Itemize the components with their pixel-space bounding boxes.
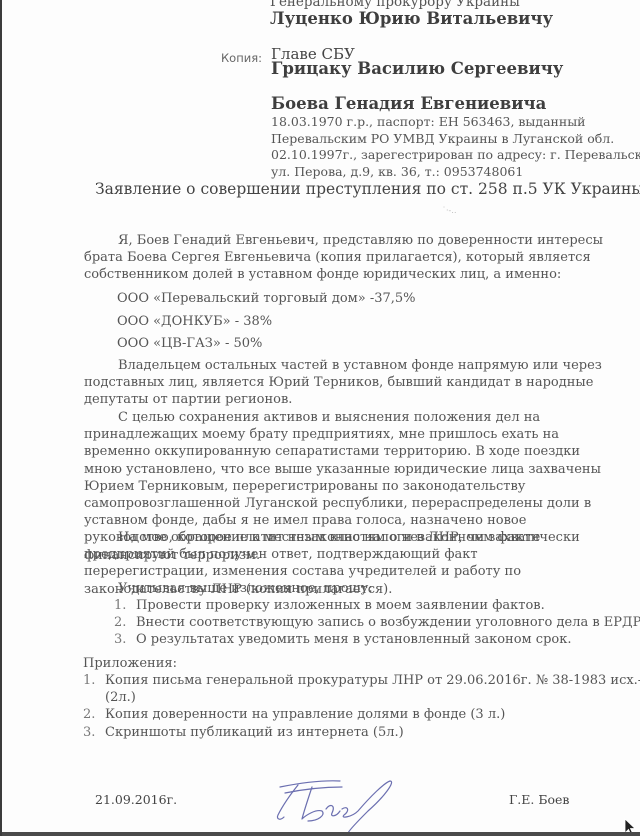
request-item: 1.Провести проверку изложенных в моем за… <box>114 597 640 614</box>
copy-label: Копия: <box>221 51 262 65</box>
bottom-border <box>2 832 640 836</box>
document-date: 21.09.2016г. <box>95 792 177 807</box>
company-item: ООО «ДОНКУБ» - 38% <box>117 314 272 329</box>
attachment-item-continuation: (2л.) <box>83 689 640 706</box>
request-item: 3.О результатах уведомить меня в установ… <box>114 631 640 648</box>
attachment-item: 1.Копия письма генеральной прокуратуры Л… <box>83 672 640 689</box>
document-title: Заявление о совершении преступления по с… <box>95 180 640 198</box>
company-item: ООО «ЦВ-ГАЗ» - 50% <box>117 336 262 351</box>
attachment-item: 3.Скриншоты публикаций из интернета (5л.… <box>83 724 640 741</box>
document-page: Генеральному прокурору Украины Луценко Ю… <box>0 0 640 836</box>
sender-info: 18.03.1970 г.р., паспорт: ЕН 563463, выд… <box>271 114 640 180</box>
recipient-name: Луценко Юрию Витальевичу <box>270 9 553 28</box>
signature-icon <box>260 775 420 835</box>
request-item: 2.Внести соответствующую запись о возбуж… <box>114 614 640 631</box>
sender-name: Боева Генадия Евгениевича <box>271 94 546 113</box>
company-item: ООО «Перевальский торговый дом» -37,5% <box>117 291 416 306</box>
request-intro: Учитывая выше изложенное, прошу: <box>118 580 373 597</box>
sender-info-line: ул. Перова, д.9, кв. 36, т.: 0953748061 <box>271 164 640 181</box>
attachments-label: Приложения: <box>83 655 177 672</box>
sender-info-line: Перевальским РО УМВД Украины в Луганской… <box>271 131 640 148</box>
signer-name: Г.Е. Боев <box>509 792 569 807</box>
attachments-list: 1.Копия письма генеральной прокуратуры Л… <box>83 672 640 741</box>
attachment-item: 2.Копия доверенности на управление долям… <box>83 706 640 723</box>
request-list: 1.Провести проверку изложенных в моем за… <box>114 597 640 649</box>
sender-info-line: 02.10.1997г., зарегестрирован по адресу:… <box>271 147 640 164</box>
scan-speck: ˙·-‥ <box>442 206 457 215</box>
intro-paragraph: Я, Боев Генадий Евгеньевич, представляю … <box>84 232 604 284</box>
sender-info-line: 18.03.1970 г.р., паспорт: ЕН 563463, выд… <box>271 114 640 131</box>
owner-paragraph: Владельцем остальных частей в уставном ф… <box>84 357 604 409</box>
copy-name: Грицаку Василию Сергеевичу <box>271 59 563 78</box>
